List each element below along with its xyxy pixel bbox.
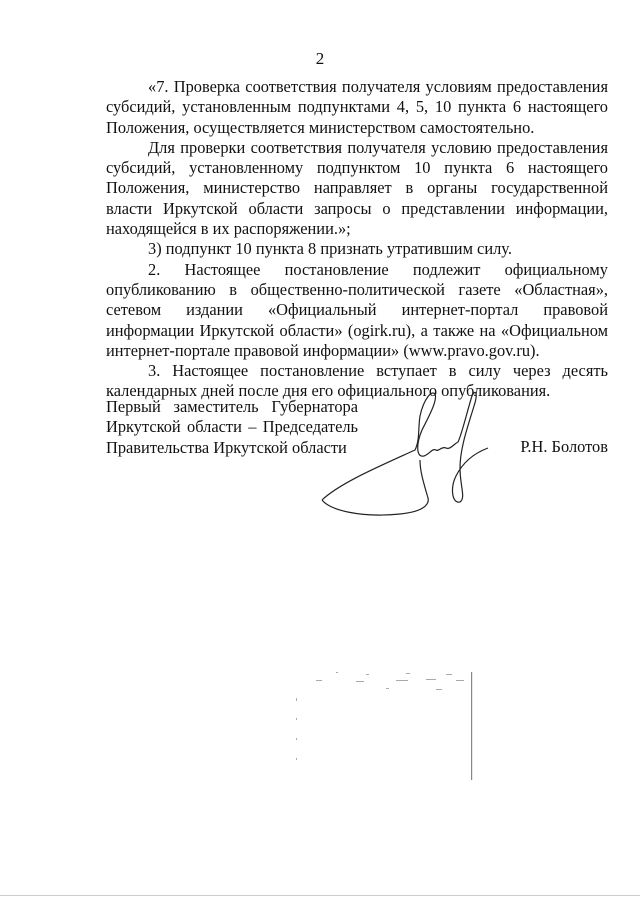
signatory-name: Р.Н. Болотов xyxy=(520,437,608,457)
paragraph-point-7: «7. Проверка соответствия получателя усл… xyxy=(106,77,608,138)
page-edge-divider xyxy=(0,895,640,896)
paragraph-subpoint-3: 3) подпункт 10 пункта 8 признать утратив… xyxy=(106,239,608,259)
faded-stamp-icon xyxy=(296,668,478,780)
paragraph-verification: Для проверки соответствия получателя усл… xyxy=(106,138,608,239)
paragraph-publication: 2. Настоящее постановление подлежит офиц… xyxy=(106,260,608,361)
page-number: 2 xyxy=(0,49,640,69)
document-body: «7. Проверка соответствия получателя усл… xyxy=(106,77,608,402)
handwritten-signature-icon xyxy=(320,388,490,518)
